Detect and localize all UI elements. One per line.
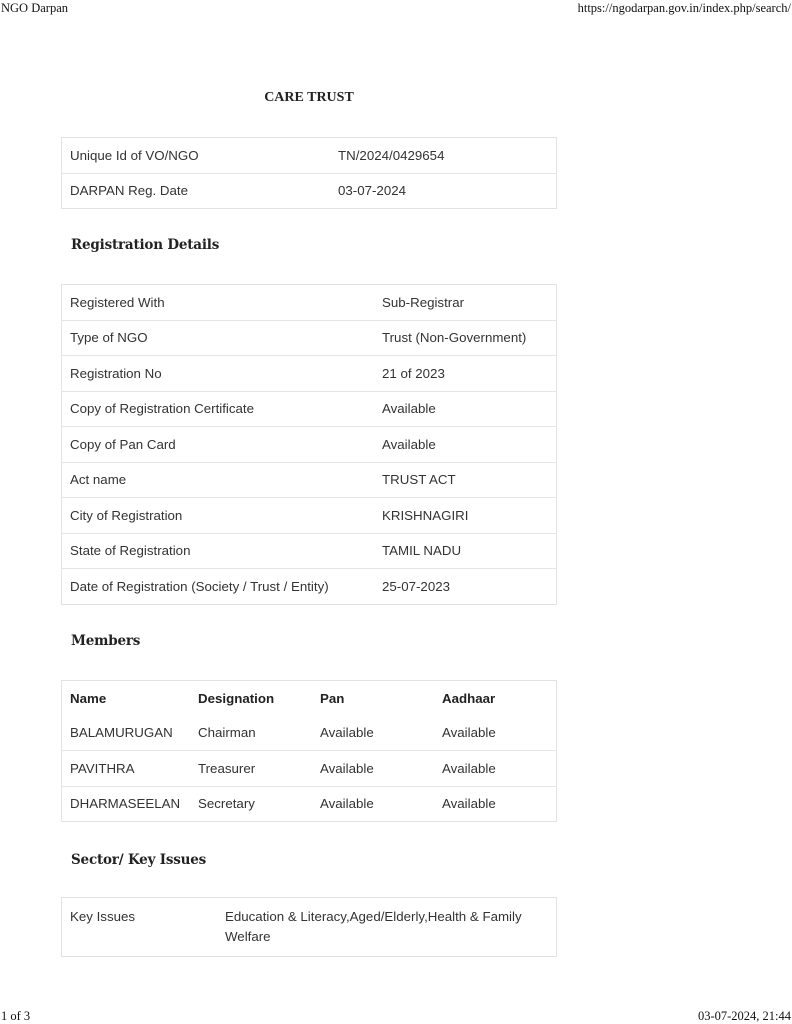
member-pan: Available: [312, 716, 434, 751]
table-row: Date of Registration (Society / Trust / …: [62, 569, 557, 605]
row-value: Sub-Registrar: [374, 285, 557, 321]
table-row: Unique Id of VO/NGO TN/2024/0429654: [62, 138, 557, 174]
key-issues-table: Key Issues Education & Literacy,Aged/Eld…: [61, 897, 557, 957]
table-row: State of RegistrationTAMIL NADU: [62, 533, 557, 569]
row-value: KRISHNAGIRI: [374, 498, 557, 534]
darpan-reg-date-value: 03-07-2024: [330, 173, 557, 209]
member-aadhaar: Available: [434, 716, 557, 751]
print-header-site-name: NGO Darpan: [1, 1, 68, 16]
member-pan: Available: [312, 751, 434, 787]
key-issues-heading: Sector/ Key Issues: [71, 852, 206, 868]
row-value: TRUST ACT: [374, 462, 557, 498]
page-number: 1 of 3: [1, 1009, 30, 1024]
table-row: Act nameTRUST ACT: [62, 462, 557, 498]
column-header-designation: Designation: [190, 681, 312, 716]
table-row: Registered WithSub-Registrar: [62, 285, 557, 321]
row-value: 25-07-2023: [374, 569, 557, 605]
darpan-reg-date-label: DARPAN Reg. Date: [62, 173, 331, 209]
print-timestamp: 03-07-2024, 21:44: [698, 1009, 791, 1024]
table-row: PAVITHRA Treasurer Available Available: [62, 751, 557, 787]
member-aadhaar: Available: [434, 786, 557, 822]
row-label: Type of NGO: [62, 320, 375, 356]
row-label: Registered With: [62, 285, 375, 321]
member-aadhaar: Available: [434, 751, 557, 787]
unique-id-label: Unique Id of VO/NGO: [62, 138, 331, 174]
member-name: BALAMURUGAN: [62, 716, 191, 751]
registration-details-table: Registered WithSub-Registrar Type of NGO…: [61, 284, 557, 605]
table-row: City of RegistrationKRISHNAGIRI: [62, 498, 557, 534]
key-issues-label: Key Issues: [62, 898, 218, 957]
table-row: BALAMURUGAN Chairman Available Available: [62, 716, 557, 751]
page-title: CARE TRUST: [0, 90, 618, 106]
row-label: Copy of Registration Certificate: [62, 391, 375, 427]
table-row: Registration No21 of 2023: [62, 356, 557, 392]
member-designation: Treasurer: [190, 751, 312, 787]
unique-id-value: TN/2024/0429654: [330, 138, 557, 174]
member-pan: Available: [312, 786, 434, 822]
member-name: PAVITHRA: [62, 751, 191, 787]
row-value: Trust (Non-Government): [374, 320, 557, 356]
row-label: Date of Registration (Society / Trust / …: [62, 569, 375, 605]
column-header-pan: Pan: [312, 681, 434, 716]
row-label: City of Registration: [62, 498, 375, 534]
members-heading: Members: [71, 633, 140, 649]
row-label: Act name: [62, 462, 375, 498]
row-value: TAMIL NADU: [374, 533, 557, 569]
column-header-aadhaar: Aadhaar: [434, 681, 557, 716]
table-row: DARPAN Reg. Date 03-07-2024: [62, 173, 557, 209]
row-label: Copy of Pan Card: [62, 427, 375, 463]
row-value: 21 of 2023: [374, 356, 557, 392]
registration-details-heading: Registration Details: [71, 237, 219, 253]
key-issues-value: Education & Literacy,Aged/Elderly,Health…: [217, 898, 557, 957]
row-value: Available: [374, 427, 557, 463]
table-row: Type of NGOTrust (Non-Government): [62, 320, 557, 356]
row-value: Available: [374, 391, 557, 427]
table-row: DHARMASEELAN Secretary Available Availab…: [62, 786, 557, 822]
row-label: Registration No: [62, 356, 375, 392]
member-designation: Secretary: [190, 786, 312, 822]
column-header-name: Name: [62, 681, 191, 716]
table-row: Copy of Registration CertificateAvailabl…: [62, 391, 557, 427]
member-name: DHARMASEELAN: [62, 786, 191, 822]
members-table: Name Designation Pan Aadhaar BALAMURUGAN…: [61, 680, 557, 822]
table-row: Copy of Pan CardAvailable: [62, 427, 557, 463]
table-header-row: Name Designation Pan Aadhaar: [62, 681, 557, 716]
print-header-url: https://ngodarpan.gov.in/index.php/searc…: [578, 1, 791, 16]
table-row: Key Issues Education & Literacy,Aged/Eld…: [62, 898, 557, 957]
identity-table: Unique Id of VO/NGO TN/2024/0429654 DARP…: [61, 137, 557, 209]
member-designation: Chairman: [190, 716, 312, 751]
row-label: State of Registration: [62, 533, 375, 569]
